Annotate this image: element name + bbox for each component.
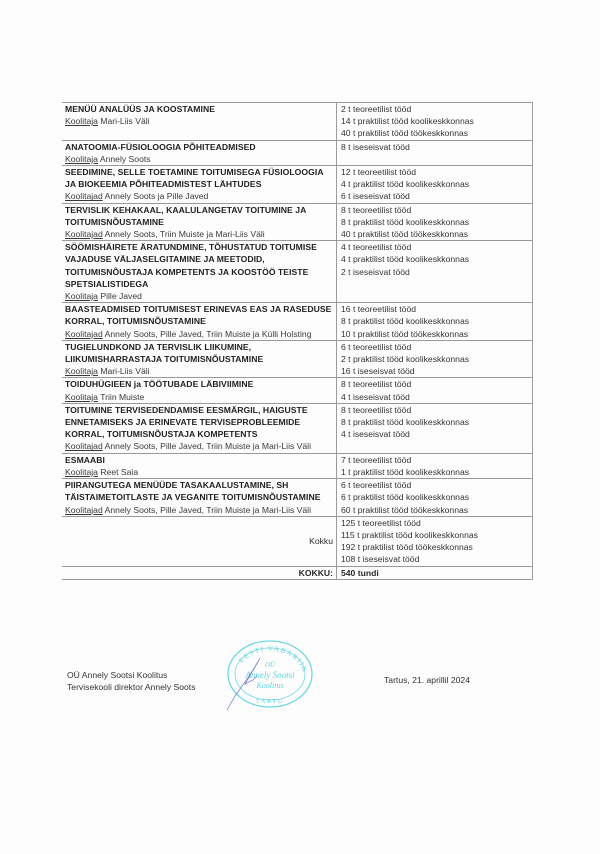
module-title: MENÜÜ ANALÜÜS JA KOOSTAMINE	[65, 103, 333, 115]
module-title: TOIDUHÜGIEEN ja TÖÖTUBADE LÄBIVIIMINE	[65, 378, 333, 390]
trainer-label: Koolitajad	[65, 191, 103, 201]
hours-line: 8 t teoreetilist tööd	[341, 204, 529, 216]
signature-block: OÜ Annely Sootsi Koolitus Tervisekooli d…	[67, 669, 196, 693]
module-title: SEEDIMINE, SELLE TOETAMINE TOITUMISEGA F…	[65, 166, 333, 190]
place-and-date: Tartus, 21. aprillil 2024	[384, 675, 470, 685]
trainer-names: Annely Soots	[100, 154, 151, 164]
hours-line: 8 t teoreetilist tööd	[341, 404, 529, 416]
module-row: BAASTEADMISED TOITUMISEST ERINEVAS EAS J…	[62, 303, 533, 341]
module-description-cell: SÖÖMISHÄIRETE ÄRATUNDMINE, TÕHUSTATUD TO…	[62, 241, 337, 303]
module-description-cell: BAASTEADMISED TOITUMISEST ERINEVAS EAS J…	[62, 303, 337, 341]
module-description-cell: ESMAABIKoolitaja Reet Saia	[62, 453, 337, 478]
subtotal-label: Kokku	[62, 516, 337, 566]
hours-line: 14 t praktilist tööd koolikeskkonnas	[341, 115, 529, 127]
trainer-label: Koolitaja	[65, 366, 98, 376]
hours-line: 7 t teoreetilist tööd	[341, 454, 529, 466]
grand-total-value: 540 tundi	[337, 566, 533, 579]
hours-line: 6 t teoreetilist tööd	[341, 479, 529, 491]
module-hours-cell: 8 t teoreetilist tööd8 t praktilist tööd…	[337, 203, 533, 241]
trainer-names: Annely Soots, Pille Javed, Triin Muiste …	[105, 441, 311, 451]
hours-line: 4 t iseseisvat tööd	[341, 428, 529, 440]
trainer-names: Reet Saia	[100, 467, 138, 477]
subtotal-hours-cell: 125 t teoreetilist tööd115 t praktilist …	[337, 516, 533, 566]
module-hours-cell: 7 t teoreetilist tööd1 t praktilist tööd…	[337, 453, 533, 478]
hours-line: 8 t teoreetilist tööd	[341, 378, 529, 390]
module-row: SÖÖMISHÄIRETE ÄRATUNDMINE, TÕHUSTATUD TO…	[62, 241, 533, 303]
module-row: PIIRANGUTEGA MENÜÜDE TASAKAALUSTAMINE, S…	[62, 479, 533, 517]
hours-line: 6 t iseseisvat tööd	[341, 190, 529, 202]
module-hours-cell: 6 t teoreetilist tööd2 t praktilist tööd…	[337, 340, 533, 378]
module-title: BAASTEADMISED TOITUMISEST ERINEVAS EAS J…	[65, 303, 333, 327]
grand-total-row: KOKKU:540 tundi	[62, 566, 533, 579]
module-title: TUGIELUNDKOND JA TERVISLIK LIIKUMINE, LI…	[65, 341, 333, 365]
trainer-label: Koolitaja	[65, 392, 98, 402]
module-description-cell: TOIDUHÜGIEEN ja TÖÖTUBADE LÄBIVIIMINEKoo…	[62, 378, 337, 403]
module-description-cell: ANATOOMIA-FÜSIOLOOGIA PÕHITEADMISEDKooli…	[62, 140, 337, 165]
hours-line: 60 t praktilist tööd töökeskkonnas	[341, 504, 529, 516]
module-title: TERVISLIK KEHAKAAL, KAALULANGETAV TOITUM…	[65, 204, 333, 228]
curriculum-table: MENÜÜ ANALÜÜS JA KOOSTAMINEKoolitaja Mar…	[62, 102, 533, 580]
module-description-cell: PIIRANGUTEGA MENÜÜDE TASAKAALUSTAMINE, S…	[62, 479, 337, 517]
hours-line: 10 t praktilist tööd töökeskkonnas	[341, 328, 529, 340]
module-title: SÖÖMISHÄIRETE ÄRATUNDMINE, TÕHUSTATUD TO…	[65, 241, 333, 290]
trainer-label: Koolitajad	[65, 329, 103, 339]
subtotal-row: Kokku125 t teoreetilist tööd115 t prakti…	[62, 516, 533, 566]
company-stamp-icon: EESTI VABARIIK OÜ Annely Sootsi Koolitus…	[215, 634, 315, 714]
module-hours-cell: 8 t teoreetilist tööd8 t praktilist tööd…	[337, 403, 533, 453]
trainer-label: Koolitaja	[65, 154, 98, 164]
hours-line: 8 t praktilist tööd koolikeskkonnas	[341, 416, 529, 428]
hours-line: 4 t praktilist tööd koolikeskkonnas	[341, 178, 529, 190]
signatory-name: Tervisekooli direktor Annely Soots	[67, 681, 196, 693]
module-title: ANATOOMIA-FÜSIOLOOGIA PÕHITEADMISED	[65, 141, 333, 153]
module-hours-cell: 8 t teoreetilist tööd4 t iseseisvat tööd	[337, 378, 533, 403]
module-hours-cell: 2 t teoreetilist tööd14 t praktilist töö…	[337, 103, 533, 141]
document-page: MENÜÜ ANALÜÜS JA KOOSTAMINEKoolitaja Mar…	[0, 0, 600, 854]
module-title: TOITUMINE TERVISEDENDAMISE EESMÄRGIL, HA…	[65, 404, 333, 441]
module-row: SEEDIMINE, SELLE TOETAMINE TOITUMISEGA F…	[62, 166, 533, 204]
module-row: TOIDUHÜGIEEN ja TÖÖTUBADE LÄBIVIIMINEKoo…	[62, 378, 533, 403]
trainer-names: Annely Soots, Pille Javed, Triin Muiste …	[105, 329, 312, 339]
module-title: PIIRANGUTEGA MENÜÜDE TASAKAALUSTAMINE, S…	[65, 479, 333, 503]
hours-line: 8 t praktilist tööd koolikeskkonnas	[341, 216, 529, 228]
module-row: MENÜÜ ANALÜÜS JA KOOSTAMINEKoolitaja Mar…	[62, 103, 533, 141]
svg-text:TARTU: TARTU	[256, 698, 284, 705]
hours-line: 16 t teoreetilist tööd	[341, 303, 529, 315]
svg-text:OÜ: OÜ	[265, 661, 276, 669]
hours-line: 4 t praktilist tööd koolikeskkonnas	[341, 253, 529, 265]
module-row: ESMAABIKoolitaja Reet Saia7 t teoreetili…	[62, 453, 533, 478]
trainer-names: Annely Soots, Triin Muiste ja Mari-Liis …	[105, 229, 265, 239]
hours-line: 125 t teoreetilist tööd	[341, 517, 529, 529]
hours-line: 4 t teoreetilist tööd	[341, 241, 529, 253]
module-row: ANATOOMIA-FÜSIOLOOGIA PÕHITEADMISEDKooli…	[62, 140, 533, 165]
trainer-names: Pille Javed	[100, 291, 142, 301]
trainer-label: Koolitajad	[65, 441, 103, 451]
hours-line: 6 t praktilist tööd koolikeskkonnas	[341, 491, 529, 503]
module-row: TUGIELUNDKOND JA TERVISLIK LIIKUMINE, LI…	[62, 340, 533, 378]
hours-line: 8 t iseseisvat tööd	[341, 141, 529, 153]
hours-line: 108 t iseseisvat tööd	[341, 553, 529, 565]
svg-text:Koolitus: Koolitus	[255, 681, 283, 690]
hours-line: 8 t praktilist tööd koolikeskkonnas	[341, 315, 529, 327]
hours-line: 4 t iseseisvat tööd	[341, 391, 529, 403]
trainer-names: Annely Soots, Pille Javed, Triin Muiste …	[105, 505, 311, 515]
hours-line: 1 t praktilist tööd koolikeskkonnas	[341, 466, 529, 478]
hours-line: 40 t praktilist tööd töökeskkonnas	[341, 228, 529, 240]
hours-line: 40 t praktilist tööd töökeskkonnas	[341, 127, 529, 139]
module-hours-cell: 4 t teoreetilist tööd4 t praktilist tööd…	[337, 241, 533, 303]
trainer-names: Mari-Liis Väli	[100, 116, 149, 126]
hours-line: 2 t praktilist tööd koolikeskkonnas	[341, 353, 529, 365]
module-description-cell: TOITUMINE TERVISEDENDAMISE EESMÄRGIL, HA…	[62, 403, 337, 453]
grand-total-label: KOKKU:	[62, 566, 337, 579]
hours-line: 12 t teoreetilist tööd	[341, 166, 529, 178]
trainer-label: Koolitaja	[65, 291, 98, 301]
trainer-label: Koolitajad	[65, 229, 103, 239]
hours-line: 2 t iseseisvat tööd	[341, 266, 529, 278]
module-hours-cell: 6 t teoreetilist tööd6 t praktilist tööd…	[337, 479, 533, 517]
trainer-label: Koolitaja	[65, 116, 98, 126]
hours-line: 115 t praktilist tööd koolikeskkonnas	[341, 529, 529, 541]
module-description-cell: SEEDIMINE, SELLE TOETAMINE TOITUMISEGA F…	[62, 166, 337, 204]
module-row: TOITUMINE TERVISEDENDAMISE EESMÄRGIL, HA…	[62, 403, 533, 453]
module-hours-cell: 8 t iseseisvat tööd	[337, 140, 533, 165]
module-description-cell: TUGIELUNDKOND JA TERVISLIK LIIKUMINE, LI…	[62, 340, 337, 378]
hours-line: 6 t teoreetilist tööd	[341, 341, 529, 353]
hours-line: 192 t praktilist tööd töökeskkonnas	[341, 541, 529, 553]
trainer-names: Mari-Liis Väli	[100, 366, 149, 376]
module-title: ESMAABI	[65, 454, 333, 466]
module-hours-cell: 12 t teoreetilist tööd4 t praktilist töö…	[337, 166, 533, 204]
module-description-cell: MENÜÜ ANALÜÜS JA KOOSTAMINEKoolitaja Mar…	[62, 103, 337, 141]
hours-line: 2 t teoreetilist tööd	[341, 103, 529, 115]
trainer-label: Koolitaja	[65, 467, 98, 477]
trainer-label: Koolitajad	[65, 505, 103, 515]
trainer-names: Triin Muiste	[100, 392, 144, 402]
module-description-cell: TERVISLIK KEHAKAAL, KAALULANGETAV TOITUM…	[62, 203, 337, 241]
module-row: TERVISLIK KEHAKAAL, KAALULANGETAV TOITUM…	[62, 203, 533, 241]
company-name: OÜ Annely Sootsi Koolitus	[67, 669, 196, 681]
hours-line: 16 t iseseisvat tööd	[341, 365, 529, 377]
module-hours-cell: 16 t teoreetilist tööd8 t praktilist töö…	[337, 303, 533, 341]
trainer-names: Annely Soots ja Pille Javed	[105, 191, 209, 201]
